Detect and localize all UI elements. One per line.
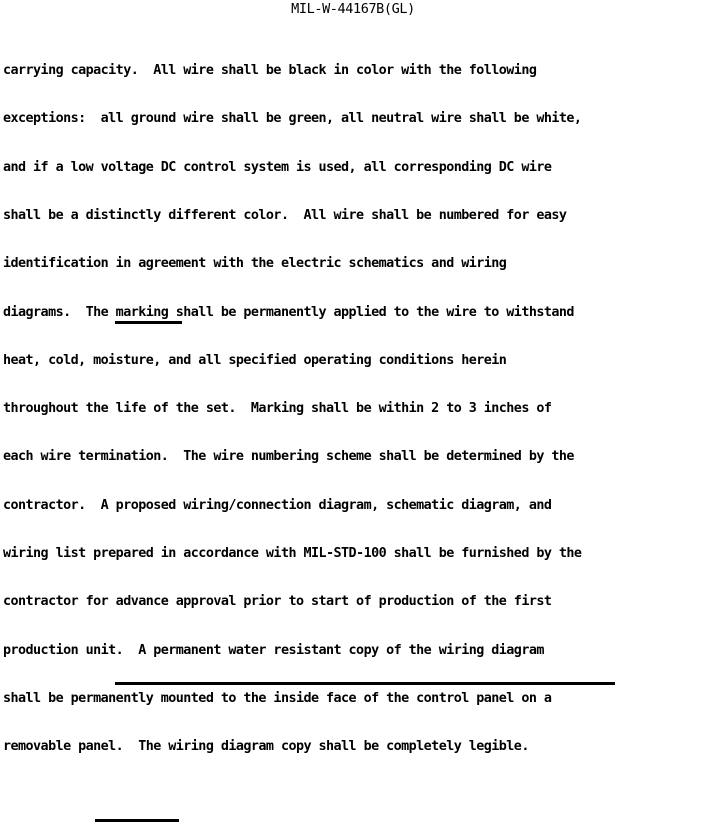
- paragraph-line: carrying capacity. All wire shall be bla…: [3, 63, 706, 79]
- long-horizontal-rule: [115, 682, 615, 685]
- paragraph-line: production unit. A permanent water resis…: [3, 643, 706, 659]
- paragraph-line: contractor. A proposed wiring/connection…: [3, 498, 706, 514]
- paragraph-line: shall be a distinctly different color. A…: [3, 208, 706, 224]
- document-header: MIL-W-44167B(GL): [0, 0, 706, 18]
- paragraph-line: throughout the life of the set. Marking …: [3, 401, 706, 417]
- paragraph-line: shall be permanently mounted to the insi…: [3, 691, 706, 707]
- paragraph-line: removable panel. The wiring diagram copy…: [3, 739, 706, 755]
- paragraph-line: exceptions: all ground wire shall be gre…: [3, 111, 706, 127]
- bottom-underline-rule: [95, 819, 179, 822]
- paragraph-line: wiring list prepared in accordance with …: [3, 546, 706, 562]
- body-paragraph: carrying capacity. All wire shall be bla…: [3, 31, 706, 771]
- paragraph-line: and if a low voltage DC control system i…: [3, 160, 706, 176]
- paragraph-line: each wire termination. The wire numberin…: [3, 449, 706, 465]
- short-underline-rule: [115, 321, 182, 324]
- paragraph-line: diagrams. The marking shall be permanent…: [3, 305, 706, 321]
- paragraph-line: contractor for advance approval prior to…: [3, 594, 706, 610]
- paragraph-line: identification in agreement with the ele…: [3, 256, 706, 272]
- paragraph-line: heat, cold, moisture, and all specified …: [3, 353, 706, 369]
